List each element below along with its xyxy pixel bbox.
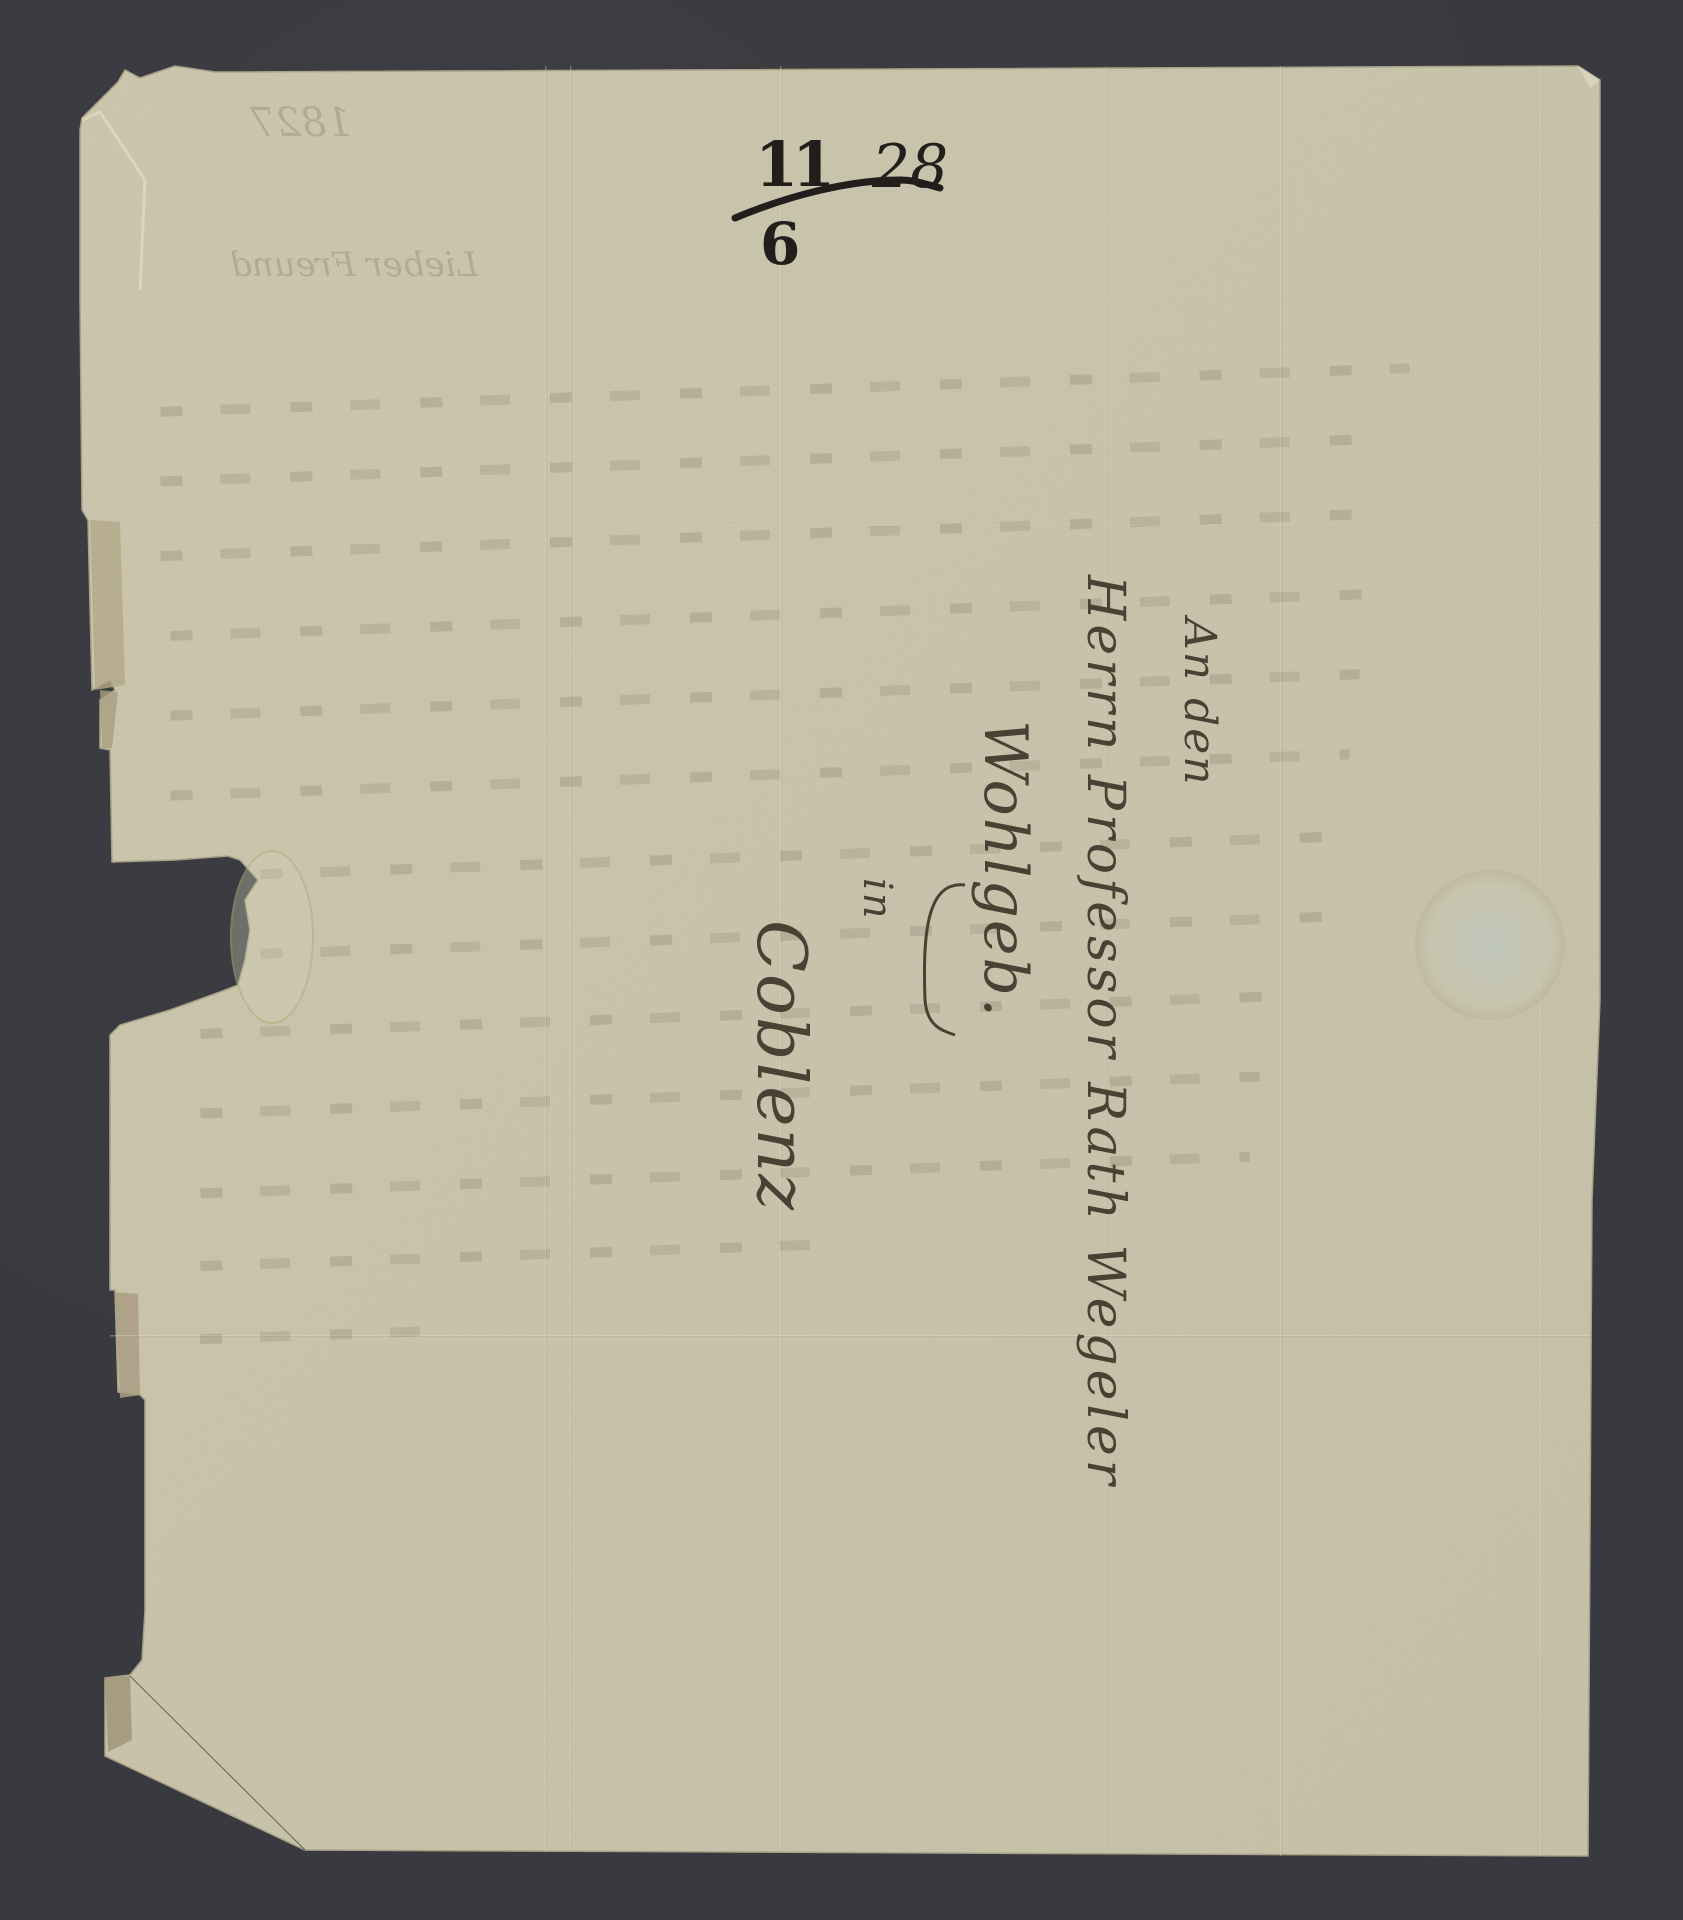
address-flourish — [915, 880, 975, 1040]
bleed-through-date: 1827 — [250, 100, 352, 146]
address-line-5: Coblenz — [741, 920, 820, 1212]
annotation-denominator: 6 — [760, 210, 800, 278]
address-line-2: Herrn Professor Rath Wegeler — [1075, 575, 1135, 1489]
letter-sheet: 1827 Lieber Freund 11 6 28 An den Herrn … — [0, 0, 1683, 1920]
bleed-through-salutation: Lieber Freund — [230, 245, 478, 285]
annotation-number: 28 — [872, 132, 948, 202]
tear-stain — [230, 850, 314, 1024]
address-line-1: An den — [1174, 618, 1225, 787]
address-line-3: Wohlgeb. — [970, 720, 1040, 1019]
fold-line — [545, 66, 547, 1852]
fold-line — [1280, 66, 1282, 1856]
address-line-4: in — [854, 878, 900, 921]
wax-seal-mark — [1415, 870, 1565, 1020]
fold-line — [570, 66, 572, 1852]
